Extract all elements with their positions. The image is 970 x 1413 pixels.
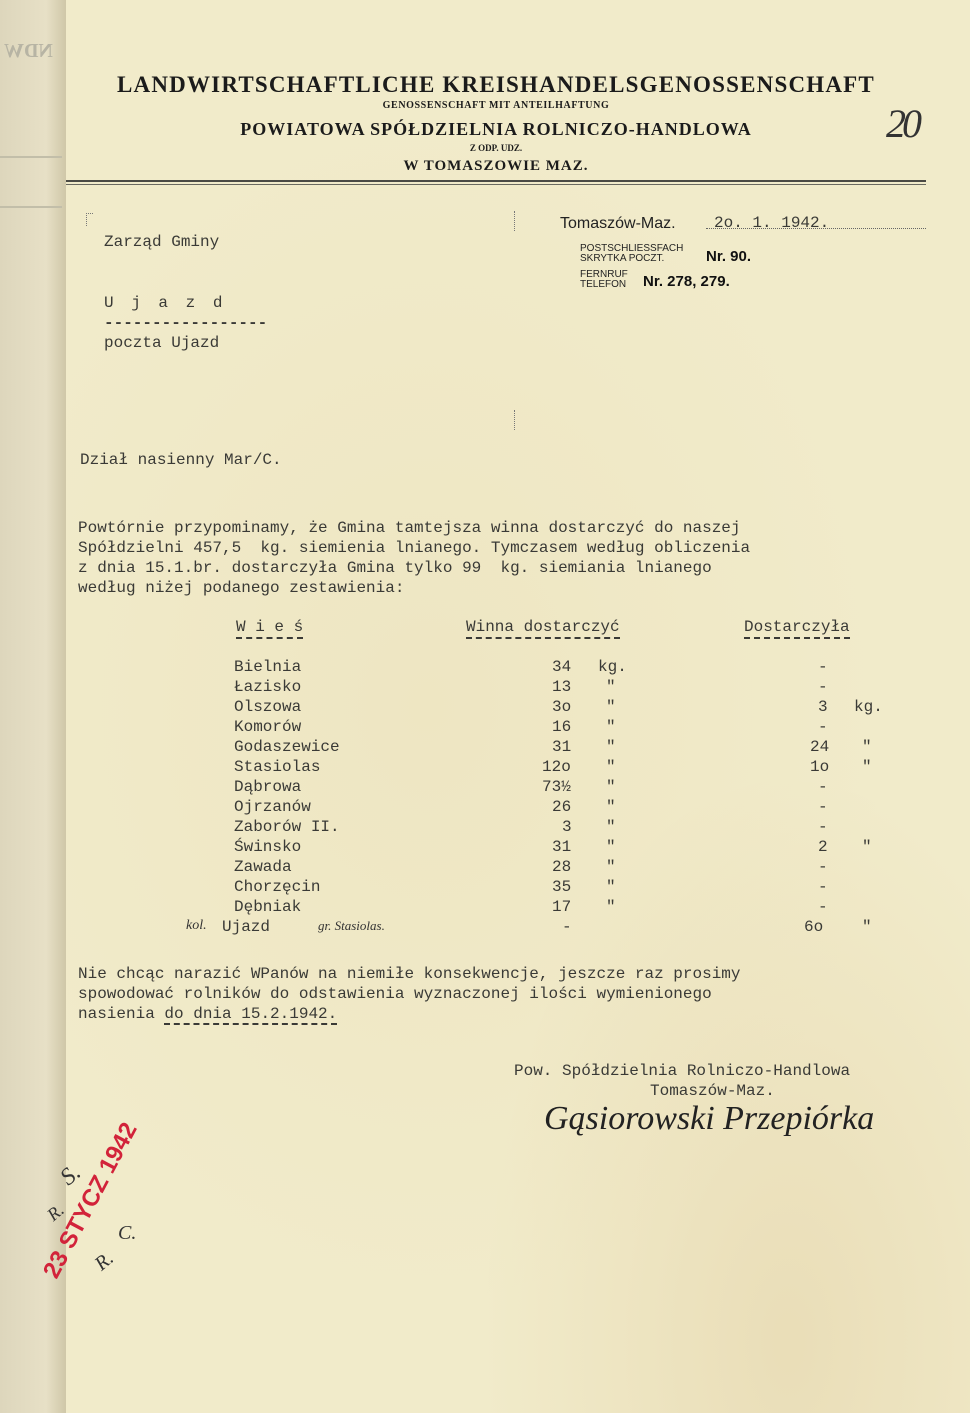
due-amount: 16 [552, 718, 571, 736]
addressee-line2: U j a z d [104, 294, 226, 312]
column-header-village: W i e ś [236, 618, 303, 639]
delivered-amount: - [818, 898, 828, 916]
village-name: Godaszewice [234, 738, 340, 756]
address-window-mark [508, 410, 515, 430]
letterhead-german-title: LANDWIRTSCHAFTLICHE KREISHANDELSGENOSSEN… [66, 72, 926, 98]
folio-number: 20 [886, 100, 918, 147]
table-row: Świnsko 31 " 2 " [66, 838, 926, 858]
body-line: Nie chcąc narazić WPanów na niemiłe kons… [78, 964, 741, 984]
due-amount: 12o [542, 758, 571, 776]
delivered-amount: - [818, 818, 828, 836]
village-name: Olszowa [234, 698, 301, 716]
due-amount: 17 [552, 898, 571, 916]
due-unit: " [606, 698, 616, 716]
table-row: Ojrzanów 26 " - [66, 798, 926, 818]
deadline-underlined: do dnia 15.2.1942. [164, 1005, 337, 1025]
due-amount: 73½ [542, 778, 571, 796]
letter-date: 2o. 1. 1942. [714, 214, 829, 232]
letter-page: LANDWIRTSCHAFTLICHE KREISHANDELSGENOSSEN… [66, 0, 970, 1413]
delivered-amount: 6o [804, 918, 823, 936]
due-unit: " [606, 878, 616, 896]
letterhead-rule [66, 180, 926, 182]
letterhead-rule-thin [66, 184, 926, 185]
body-line: nasienia [78, 1005, 164, 1023]
delivered-amount: - [818, 718, 828, 736]
addressee-line3: poczta Ujazd [104, 334, 219, 352]
village-prefix-handwritten: kol. [186, 918, 207, 934]
table-row: Komorów 16 " - [66, 718, 926, 738]
village-name: Chorzęcin [234, 878, 320, 896]
handwritten-note: R. [91, 1247, 119, 1276]
address-window-mark [86, 213, 93, 226]
due-unit: " [606, 858, 616, 876]
table-row: Olszowa 3o " 3 kg. [66, 698, 926, 718]
body-paragraph-2: Nie chcąc narazić WPanów na niemiłe kons… [78, 964, 741, 1024]
table-row: Bielnia 34 kg. - [66, 658, 926, 678]
handwritten-note: C. [118, 1222, 136, 1245]
delivered-amount: - [818, 858, 828, 876]
village-name: Stasiolas [234, 758, 320, 776]
due-amount: 28 [552, 858, 571, 876]
table-row: Zawada 28 " - [66, 858, 926, 878]
delivered-amount: 1o [810, 758, 829, 776]
village-name: Ujazd [222, 918, 270, 936]
phone-label-pl: TELEFON [580, 280, 628, 290]
letterhead-location: W TOMASZOWIE MAZ. [66, 158, 926, 175]
due-unit: " [606, 718, 616, 736]
village-name: Zawada [234, 858, 292, 876]
delivered-amount: - [818, 778, 828, 796]
due-amount: 35 [552, 878, 571, 896]
letterhead-german-subtitle: GENOSSENSCHAFT MIT ANTEILHAFTUNG [66, 100, 926, 111]
table-row: Dębniak 17 " - [66, 898, 926, 918]
body-paragraph-1: Powtórnie przypominamy, że Gmina tamtejs… [78, 518, 750, 598]
due-unit: " [606, 678, 616, 696]
village-name: Bielnia [234, 658, 301, 676]
body-line: spowodować rolników do odstawienia wyzna… [78, 984, 741, 1004]
signature: Gąsiorowski Przepiórka [544, 1100, 874, 1138]
delivered-amount: 24 [810, 738, 829, 756]
delivered-amount: - [818, 878, 828, 896]
village-name: Dębniak [234, 898, 301, 916]
due-amount: 31 [552, 838, 571, 856]
table-row: Łazisko 13 " - [66, 678, 926, 698]
previous-page-edge: NDW [0, 0, 68, 1413]
due-amount: 13 [552, 678, 571, 696]
delivered-unit: kg. [854, 698, 883, 716]
ghost-rule [0, 206, 62, 208]
delivered-amount: - [818, 678, 828, 696]
address-window-mark [508, 211, 515, 231]
closing-organization: Pow. Spółdzielnia Rolniczo-Handlowa [514, 1062, 850, 1080]
postbox-label-pl: SKRYTKA POCZT. [580, 254, 683, 264]
village-name: Komorów [234, 718, 301, 736]
closing-location: Tomaszów-Maz. [650, 1082, 775, 1100]
delivered-amount: 2 [818, 838, 828, 856]
body-line: Powtórnie przypominamy, że Gmina tamtejs… [78, 518, 750, 538]
postbox-block: POSTSCHLIESSFACH SKRYTKA POCZT. [580, 244, 683, 264]
delivered-unit: " [862, 738, 872, 756]
due-unit: " [606, 758, 616, 776]
delivered-unit: " [862, 918, 872, 936]
phone-number: Nr. 278, 279. [643, 273, 730, 290]
table-row: Chorzęcin 35 " - [66, 878, 926, 898]
body-line: Spółdzielni 457,5 kg. siemienia lnianego… [78, 538, 750, 558]
table-row: kol. Ujazd gr. Stasiolas. - 6o " [66, 918, 926, 938]
village-name: Dąbrowa [234, 778, 301, 796]
phone-block: FERNRUF TELEFON [580, 270, 628, 290]
village-name: Łazisko [234, 678, 301, 696]
due-unit: " [606, 738, 616, 756]
addressee-line1: Zarząd Gminy [104, 233, 219, 251]
letterhead-polish-title: POWIATOWA SPÓŁDZIELNIA ROLNICZO-HANDLOWA [66, 119, 926, 140]
delivered-amount: - [818, 798, 828, 816]
due-amount: 34 [552, 658, 571, 676]
table-row: Zaborów II. 3 " - [66, 818, 926, 838]
delivered-amount: 3 [818, 698, 828, 716]
delivered-unit: " [862, 758, 872, 776]
due-unit: " [606, 798, 616, 816]
due-amount: 3o [552, 698, 571, 716]
village-name: Świnsko [234, 838, 301, 856]
due-amount: 31 [552, 738, 571, 756]
due-unit: " [606, 818, 616, 836]
letterhead-liability: Z ODP. UDZ. [66, 143, 926, 153]
body-line: z dnia 15.1.br. dostarczyła Gmina tylko … [78, 558, 750, 578]
due-amount: - [562, 918, 572, 936]
village-name: Zaborów II. [234, 818, 340, 836]
village-suffix-handwritten: gr. Stasiolas. [318, 918, 385, 934]
column-header-due: Winna dostarczyć [466, 618, 620, 639]
due-amount: 3 [562, 818, 572, 836]
table-row: Stasiolas 12o " 1o " [66, 758, 926, 778]
column-header-delivered: Dostarczyła [744, 618, 850, 639]
delivered-amount: - [818, 658, 828, 676]
due-unit: " [606, 778, 616, 796]
due-amount: 26 [552, 798, 571, 816]
addressee-separator: ----------------- [104, 314, 267, 332]
ghost-rule [0, 156, 62, 158]
delivery-table: W i e ś Winna dostarczyć Dostarczyła Bie… [66, 618, 926, 948]
reference-line: Dział nasienny Mar/C. [80, 451, 282, 469]
body-line: według niżej podanego zestawienia: [78, 578, 750, 598]
table-row: Dąbrowa 73½ " - [66, 778, 926, 798]
sender-place: Tomaszów-Maz. [560, 215, 676, 233]
postbox-number: Nr. 90. [706, 248, 751, 265]
due-unit: " [606, 898, 616, 916]
table-row: Godaszewice 31 " 24 " [66, 738, 926, 758]
due-unit: kg. [598, 658, 627, 676]
due-unit: " [606, 838, 616, 856]
delivered-unit: " [862, 838, 872, 856]
village-name: Ojrzanów [234, 798, 311, 816]
ghost-letterhead: NDW [4, 40, 53, 63]
